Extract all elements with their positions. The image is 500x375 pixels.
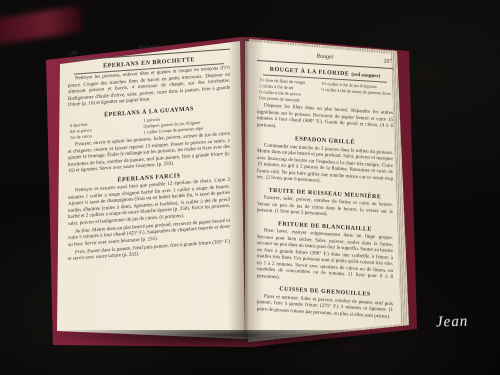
right-page-number: 207	[384, 59, 392, 65]
ingredient-column-left: 6 éperlans Sel et poivre Jus de citron	[70, 118, 140, 141]
left-page-number: 206	[69, 50, 77, 57]
recipe-title-note: (red snapper)	[351, 72, 380, 79]
right-page-content: 207 Rouget ROUGET À LA FLORIDE (red snap…	[257, 50, 393, 334]
ingredient-column-right: 1½ cuiller à thé de jus d'oignons ¼ cuil…	[321, 81, 391, 109]
recipe-paragraph: Commander une tranche de 2 pouces dans l…	[257, 143, 393, 190]
recipe-paragraph: Disposer les filets dans un plat beurré.…	[257, 103, 393, 137]
paragraph-label: Au four.	[75, 228, 91, 234]
left-page-content: 206 Poissons ÉPERLANS EN BROCHETTE Netto…	[68, 39, 230, 330]
ingredient-column-left: 1½ livre de filets de rouget 1 cuiller à…	[259, 77, 317, 105]
paragraph-label: Frits.	[75, 249, 86, 255]
book-drop-shadow	[40, 330, 420, 356]
photographer-signature: Jean	[436, 313, 469, 331]
recipe-paragraph: Bien laver, essuyer soigneusement dans u…	[257, 228, 393, 288]
